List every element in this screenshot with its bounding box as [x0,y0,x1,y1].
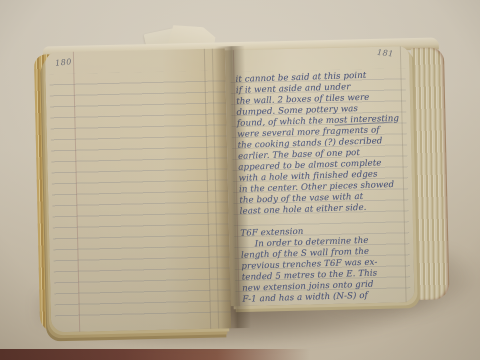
left-page: 180 [45,48,231,332]
photo-background: 180 181 it cannot be said at this point … [0,0,480,360]
margin-line [204,49,211,329]
right-page-number: 181 [377,48,395,59]
left-page-number: 180 [55,57,73,68]
margin-line [73,52,80,332]
book-gutter [215,46,251,329]
handwriting-block: it cannot be said at this point if it we… [235,70,410,306]
right-page: 181 it cannot be said at this point if i… [225,46,415,306]
page-stack-right-edge [411,47,450,300]
notebook: 180 181 it cannot be said at this point … [33,41,451,334]
